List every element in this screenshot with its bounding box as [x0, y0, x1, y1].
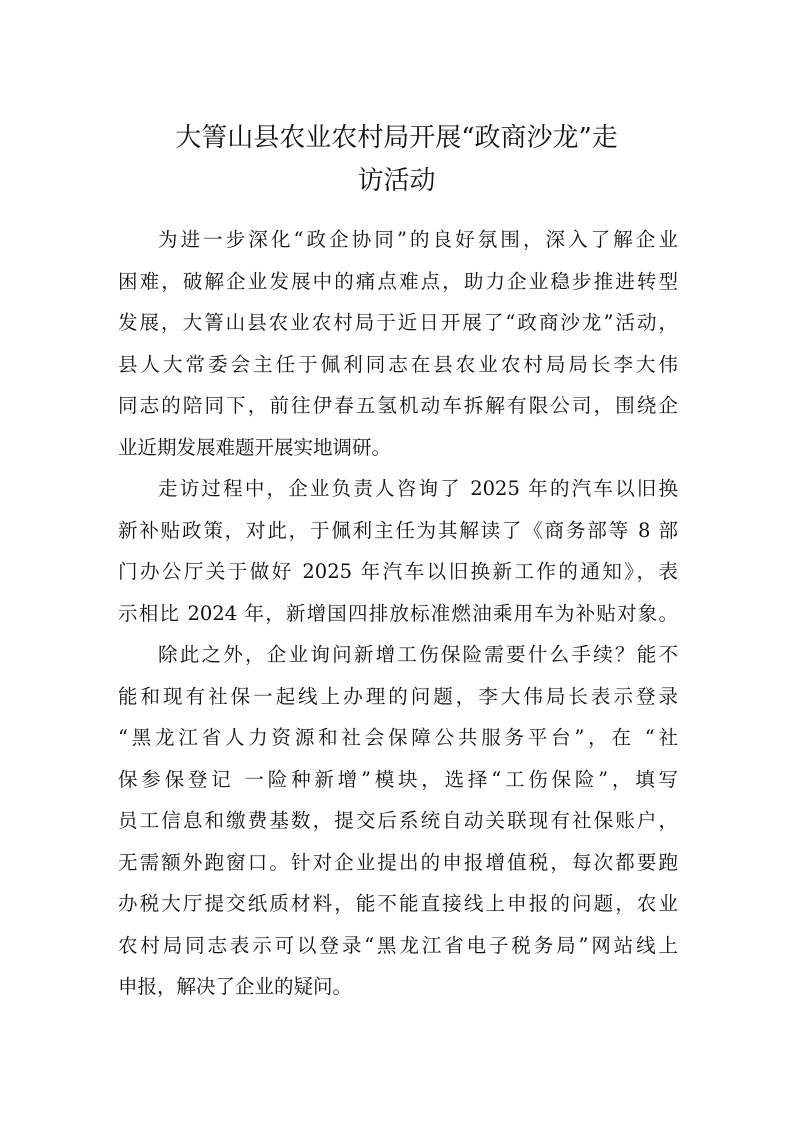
document-title: 大箐山县农业农村局开展“政商沙龙”走 访活动 — [110, 117, 683, 203]
paragraph-subsidy-policy: 走访过程中，企业负责人咨询了 2025 年的汽车以旧换 新补贴政策，对此，于佩利… — [118, 468, 678, 634]
paragraph-visit-intro: 为进一步深化“政企协同”的良好氛围，深入了解企业 困难，破解企业发展中的痛点难点… — [118, 219, 678, 468]
text-line: 能和现有社保一起线上办理的问题，李大伟局长表示登录 — [118, 676, 678, 718]
text-line: 为进一步深化“政企协同”的良好氛围，深入了解企业 — [118, 219, 678, 261]
document-page: 大箐山县农业农村局开展“政商沙龙”走 访活动 为进一步深化“政企协同”的良好氛围… — [0, 0, 793, 1122]
paragraph-insurance-tax: 除此之外，企业询问新增工伤保险需要什么手续？能不 能和现有社保一起线上办理的问题… — [118, 634, 678, 1008]
document-body: 为进一步深化“政企协同”的良好氛围，深入了解企业 困难，破解企业发展中的痛点难点… — [118, 219, 678, 1008]
text-line: 办税大厅提交纸质材料，能不能直接线上申报的问题，农业 — [118, 883, 678, 925]
text-line: 困难，破解企业发展中的痛点难点，助力企业稳步推进转型 — [118, 261, 678, 303]
text-line: 发展，大箐山县农业农村局于近日开展了“政商沙龙”活动， — [118, 302, 678, 344]
text-line: 走访过程中，企业负责人咨询了 2025 年的汽车以旧换 — [118, 468, 678, 510]
text-line: “黑龙江省人力资源和社会保障公共服务平台”，在 “社 — [118, 717, 678, 759]
title-line: 大箐山县农业农村局开展“政商沙龙”走 — [110, 117, 683, 160]
text-line: 县人大常委会主任于佩利同志在县农业农村局局长李大伟 — [118, 344, 678, 386]
text-line: 新补贴政策，对此，于佩利主任为其解读了《商务部等 8 部 — [118, 510, 678, 552]
text-line: 农村局同志表示可以登录“黑龙江省电子税务局”网站线上 — [118, 925, 678, 967]
text-line: 无需额外跑窗口。针对企业提出的申报增值税，每次都要跑 — [118, 842, 678, 884]
text-line: 业近期发展难题开展实地调研。 — [118, 427, 678, 469]
text-line: 同志的陪同下，前往伊春五氢机动车拆解有限公司，围绕企 — [118, 385, 678, 427]
text-line: 员工信息和缴费基数，提交后系统自动关联现有社保账户， — [118, 800, 678, 842]
title-line: 访活动 — [110, 160, 683, 203]
text-line: 门办公厅关于做好 2025 年汽车以旧换新工作的通知》，表 — [118, 551, 678, 593]
text-line: 除此之外，企业询问新增工伤保险需要什么手续？能不 — [118, 634, 678, 676]
text-line: 示相比 2024 年，新增国四排放标准燃油乘用车为补贴对象。 — [118, 593, 678, 635]
text-line: 申报，解决了企业的疑问。 — [118, 966, 678, 1008]
text-line: 保参保登记 一险种新增”模块，选择“工伤保险”，填写 — [118, 759, 678, 801]
